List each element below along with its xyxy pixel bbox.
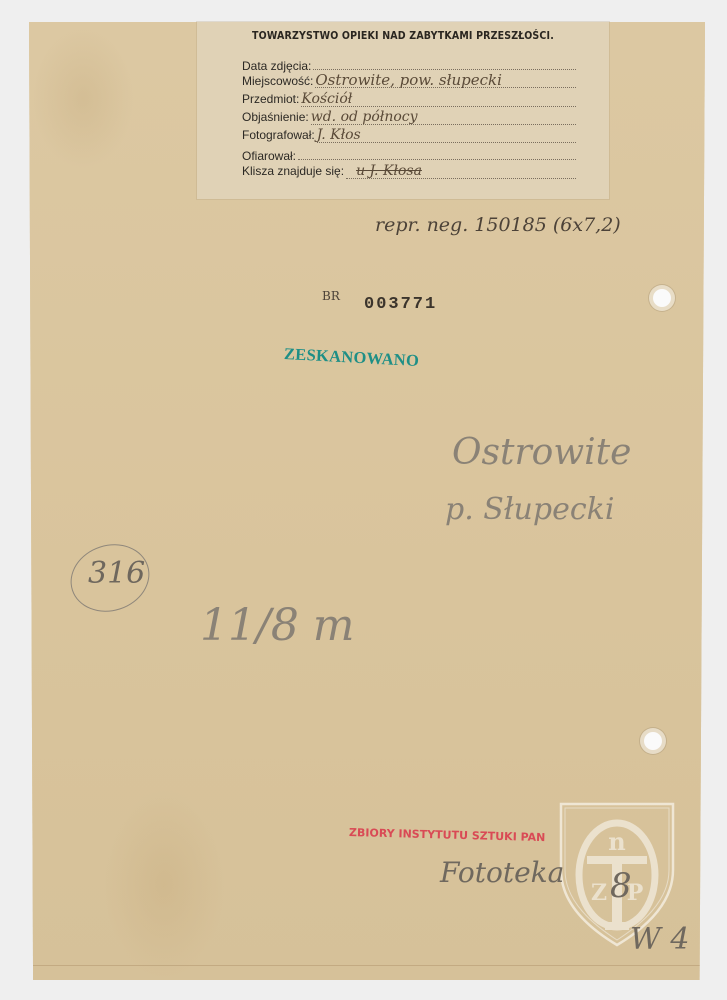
inventory-number: 003771: [364, 295, 437, 314]
fototeka-number: 8: [610, 866, 632, 906]
field-photographer: Fotografował: J. Kłos: [242, 128, 576, 147]
field-label: Klisza znajduje się:: [242, 164, 344, 178]
circled-number: 316: [88, 556, 145, 591]
field-label: Data zdjęcia:: [242, 59, 311, 73]
field-label: Miejscowość:: [242, 74, 313, 88]
field-label: Fotografował:: [242, 128, 315, 142]
field-location: Miejscowość: Ostrowite, pow. słupecki: [242, 74, 576, 93]
info-label-card: TOWARZYSTWO OPIEKI NAD ZABYTKAMI PRZESZŁ…: [197, 22, 609, 199]
corner-code: W 4: [630, 922, 689, 957]
negative-note: repr. neg. 150185 (6x7,2): [375, 214, 621, 236]
fraction-note: 11/8 m: [200, 600, 355, 651]
br-prefix: BR: [322, 289, 340, 303]
label-title: TOWARZYSTWO OPIEKI NAD ZABYTKAMI PRZESZŁ…: [226, 29, 580, 42]
svg-text:Z: Z: [591, 880, 607, 906]
field-explanation: Objaśnienie: wd. od północy: [242, 110, 576, 129]
pencil-place-line1: Ostrowite: [452, 432, 631, 473]
punch-hole-top: [653, 289, 671, 307]
field-value: wd. od północy: [311, 111, 576, 125]
pencil-place-line2: p. Słupecki: [445, 492, 614, 527]
field-label: Ofiarował:: [242, 149, 296, 163]
field-value: u J. Kłosa: [346, 165, 576, 179]
field-value: [298, 146, 576, 160]
field-label: Objaśnienie:: [242, 110, 309, 124]
field-negative-location: Klisza znajduje się: u J. Kłosa: [242, 164, 576, 183]
field-label: Przedmiot:: [242, 92, 299, 106]
field-value: J. Kłos: [317, 129, 576, 143]
paper-bottom-edge: [29, 965, 705, 980]
fototeka-note: Fototeka: [440, 856, 564, 889]
svg-text:n: n: [608, 827, 625, 856]
field-value: Ostrowite, pow. słupecki: [315, 74, 576, 88]
punch-hole-bottom: [644, 732, 662, 750]
field-value: [313, 56, 576, 70]
field-value: Kościół: [301, 93, 576, 107]
